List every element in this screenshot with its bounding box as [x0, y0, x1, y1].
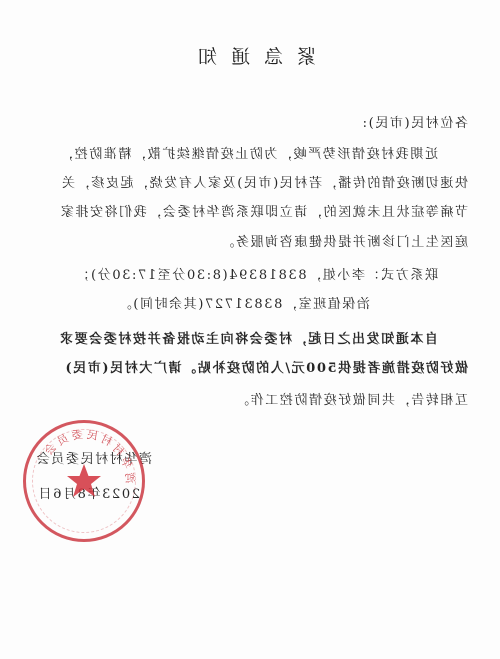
notice-line: 自本通知发出之日起，村委会将向主动报备并按村委会要求 [58, 328, 438, 347]
salutation: 各位村民(市民): [361, 112, 468, 131]
notice-line: 互相转告，共同做好疫情防控工作。 [234, 389, 468, 408]
document-title: 紧急通知 [0, 42, 500, 69]
paragraph-line: 庭医生上门诊断并提供健康咨询服务。 [220, 231, 468, 250]
paragraph-line: 近期我村疫情形势严峻，为防止疫情继续扩散，精准防控， [58, 143, 438, 162]
official-seal: 湾华村村民委员会 [23, 420, 145, 542]
notice-document: 紧急通知 各位村民(市民): 近期我村疫情形势严峻，为防止疫情继续扩散，精准防控… [0, 0, 500, 659]
paragraph-line: 节痛等症状且未就医的，请立即联系湾华村委会，我们将安排家 [59, 201, 468, 220]
notice-line: 做好防疫措施者提供500元/人的防疫补贴。请广大村民(市民) [64, 357, 468, 376]
paragraph-line: 快速切断疫情的传播，若村民(市民)及家人有发烧，起皮疹，关 [60, 172, 468, 191]
contact-line: 联系方式：李小姐，83818394(8:30分至17:30分)； [75, 264, 438, 283]
star-icon [66, 463, 102, 499]
contact-line: 治保值班室，83831727(其余时间)。 [117, 293, 370, 312]
